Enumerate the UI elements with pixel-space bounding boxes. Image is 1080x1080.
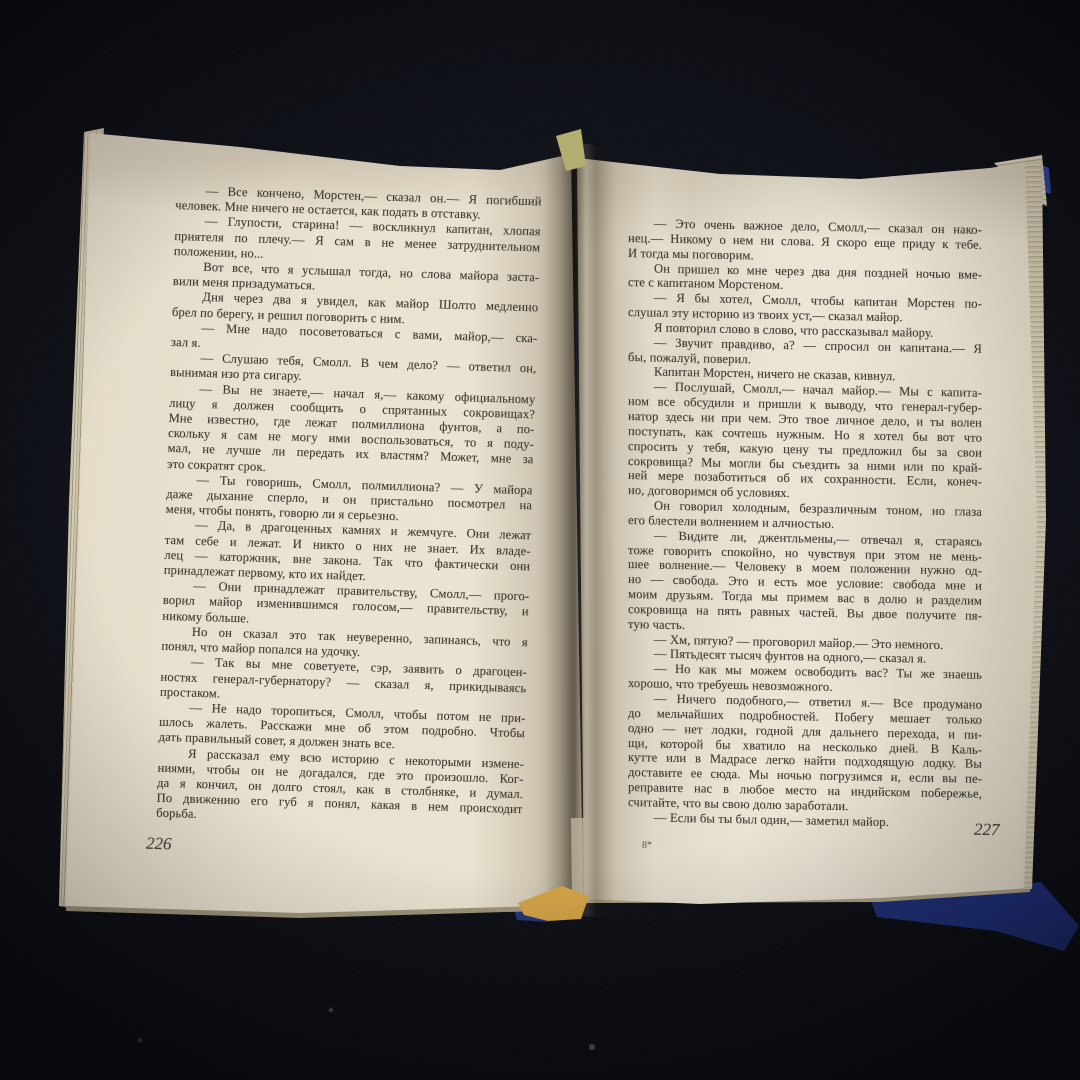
page-number-left: 226: [146, 834, 172, 855]
signature-mark: 8*: [642, 840, 652, 851]
right-page-text: — Это очень важное дело, Смолл,— сказал …: [628, 216, 982, 831]
photo-of-open-book: — Все кончено, Морстен,— сказал он.— Я п…: [0, 0, 1080, 1080]
left-page-text: — Все кончено, Морстен,— сказал он.— Я п…: [156, 183, 542, 833]
page-number-right: 227: [974, 820, 1000, 840]
